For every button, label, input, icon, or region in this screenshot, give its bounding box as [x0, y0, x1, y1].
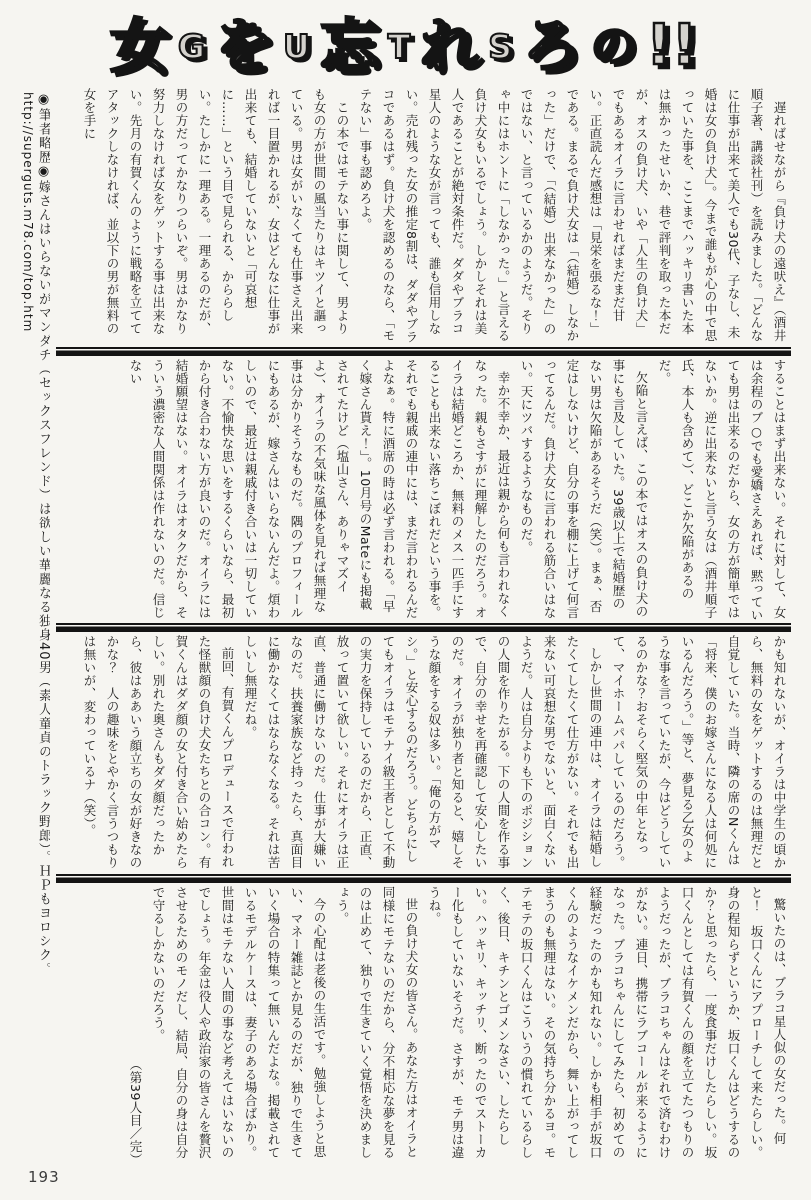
title-char: G — [178, 30, 205, 63]
title-char: の — [590, 23, 636, 69]
article-section-4: 驚いたのは、ブラコ星人似の女だった。何と！ 坂口くんにアプローチして来たらしい。… — [56, 886, 791, 1166]
section-divider — [56, 623, 791, 632]
paragraph: 遅ればせながら『負け犬の遠吠え』（酒井順子著、講談社刊）を読みました。「どんなに… — [354, 88, 791, 345]
paragraph: 今の心配は老後の生活です。勉強しようと思い、マネー雑誌とか見るのだが、独りで生き… — [147, 886, 331, 1166]
title-char: U — [283, 30, 310, 63]
author-bio-sidebar: ◉筆者略歴◉嫁さんはいらないがマンダチ（セックスフレンド）は欲しい華麗なる独身4… — [16, 88, 50, 1166]
section-divider — [56, 347, 791, 356]
page-body: ◉筆者略歴◉嫁さんはいらないがマンダチ（セックスフレンド）は欲しい華麗なる独身4… — [16, 88, 791, 1166]
magazine-page: 女GをU忘TれSろの!! ◉筆者略歴◉嫁さんはいらないがマンダチ（セックスフレン… — [0, 0, 811, 1200]
paragraph: しかし世間の連中は、オイラは結婚したくてしたくて仕方がない。それでも出来ない可哀… — [239, 635, 607, 872]
paragraph: 幸か不幸か、最近は親から何も言われなくなった。親もさすがに理解したのだろう。オイ… — [124, 359, 515, 622]
paragraph: 前回、有賀くんプロデュースで行われた怪獣顔の負け犬女たちとの合コン。有賀くんはダ… — [78, 635, 239, 872]
author-bio-text: ◉筆者略歴◉嫁さんはいらないがマンダチ（セックスフレンド）は欲しい華麗なる独身4… — [36, 92, 50, 976]
page-title: 女GをU忘TれSろの!! — [16, 10, 791, 82]
series-end-note: （第39人目／完） — [124, 886, 147, 1166]
article-section-2: することはまず出来ない。それに対して、女は余程のブ○でも愛嬌さえあれば、黙ってい… — [56, 359, 791, 622]
paragraph: 欠陥と言えば、この本ではオスの負け犬の事にも言及していた。39歳以上で結婚歴のな… — [515, 359, 653, 622]
title-char: T — [388, 30, 411, 63]
article-columns: 遅ればせながら『負け犬の遠吠え』（酒井順子著、講談社刊）を読みました。「どんなに… — [56, 88, 791, 1166]
paragraph: 世の負け犬女の皆さん。あなた方はオイラと同様にモテないのだから、分不相応な夢を見… — [331, 886, 423, 1166]
paragraph: することはまず出来ない。それに対して、女は余程のブ○でも愛嬌さえあれば、黙ってい… — [653, 359, 791, 622]
title-char: !! — [646, 18, 697, 74]
title-char: 女 — [110, 17, 168, 75]
title-char: S — [488, 30, 512, 63]
paragraph: 驚いたのは、ブラコ星人似の女だった。何と！ 坂口くんにアプローチして来たらしい。… — [423, 886, 791, 1166]
paragraph: この本ではモテない事に関して、男よりも女の方が世間の風当たりはキツイと謳っている… — [78, 88, 354, 345]
page-number: 193 — [28, 1168, 60, 1186]
paragraph: かも知れないが、オイラは中学生の頃から、無料の女をゲットするのは無理だと自覚して… — [607, 635, 791, 872]
title-char: を — [215, 17, 273, 75]
author-homepage-url: http://superguts.m78.com/top.htm — [21, 92, 35, 332]
title-char: 忘 — [320, 17, 378, 75]
section-divider — [56, 874, 791, 883]
title-char: ろ — [522, 17, 580, 75]
article-section-1: 遅ればせながら『負け犬の遠吠え』（酒井順子著、講談社刊）を読みました。「どんなに… — [56, 88, 791, 345]
title-char: れ — [420, 17, 478, 75]
article-section-3: かも知れないが、オイラは中学生の頃から、無料の女をゲットするのは無理だと自覚して… — [56, 635, 791, 872]
